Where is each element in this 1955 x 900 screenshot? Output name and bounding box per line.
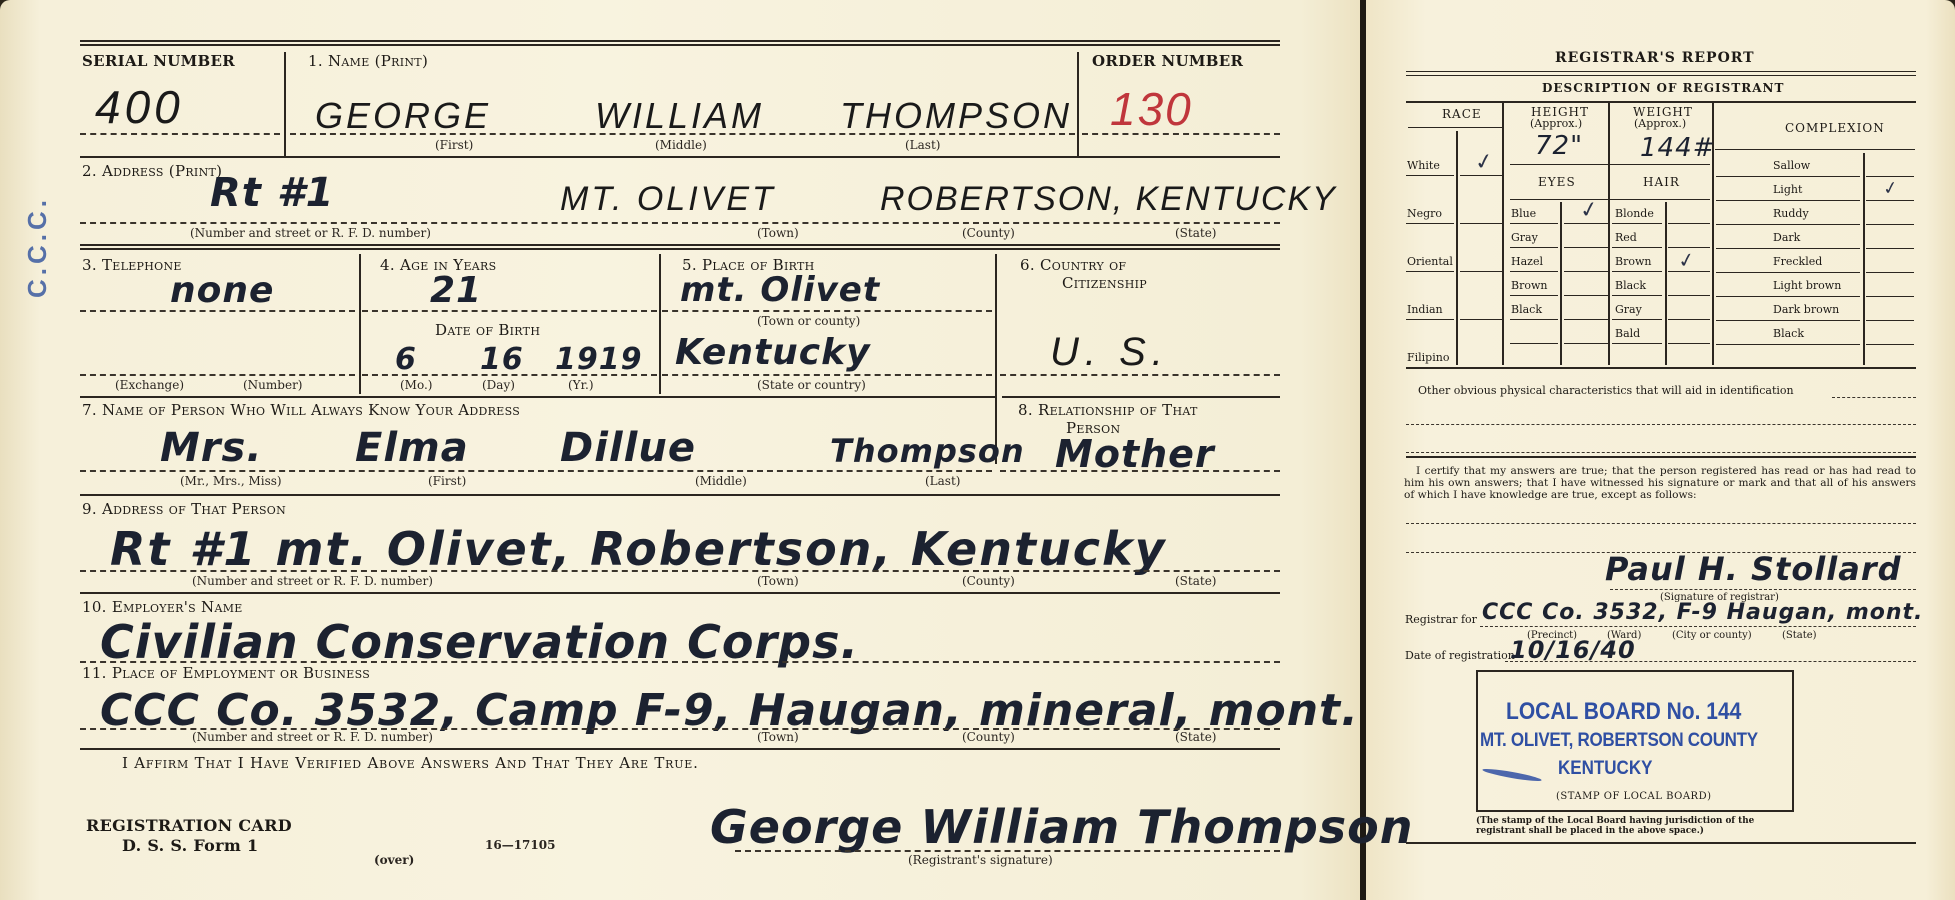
race-option-white: White <box>1407 159 1440 172</box>
stamp-line-1: LOCAL BOARD No. 144 <box>1506 698 1741 726</box>
registrar-signature: Paul H. Stollard <box>1605 550 1902 588</box>
complexion-check-rule <box>1866 320 1914 321</box>
employer-line <box>80 661 1280 663</box>
order-number-label: ORDER NUMBER <box>1092 52 1243 70</box>
caption-contact-first: (First) <box>428 474 466 488</box>
dob-line <box>362 374 657 376</box>
place-of-birth-line-2 <box>662 374 992 376</box>
stamp-note: (The stamp of the Local Board having jur… <box>1476 816 1806 836</box>
hair-rule <box>1612 223 1662 224</box>
eyes-option-hazel: Hazel <box>1511 255 1543 268</box>
date-of-registration-label: Date of registration <box>1405 649 1515 662</box>
complexion-option-sallow: Sallow <box>1773 159 1810 172</box>
complexion-option-dark: Dark <box>1773 231 1800 244</box>
contact-line <box>80 470 992 472</box>
caption-middle: (Middle) <box>655 138 707 152</box>
eyes-check-rule <box>1564 343 1608 344</box>
serial-number-line <box>80 133 280 135</box>
citizenship-line <box>1000 374 1280 376</box>
caption-year: (Yr.) <box>568 378 594 392</box>
race-check-rule <box>1460 319 1502 320</box>
hair-check-rule <box>1668 343 1710 344</box>
telephone-line-2 <box>80 374 355 376</box>
height-sub: (Approx.) <box>1530 117 1582 130</box>
complexion-check-rule <box>1866 344 1914 345</box>
relationship-line <box>1000 470 1280 472</box>
other-characteristics-label: Other obvious physical characteristics t… <box>1418 384 1794 397</box>
hair-check-divider <box>1665 202 1667 365</box>
caption-contact-street: (Number and street or R. F. D. number) <box>192 574 433 588</box>
hair-check-rule <box>1668 319 1710 320</box>
race-rule <box>1406 175 1454 176</box>
race-option-filipino: Filipino <box>1407 351 1449 364</box>
registrar-for-value: CCC Co. 3532, F-9 Haugan, mont. <box>1482 600 1923 625</box>
hair-option-gray: Gray <box>1615 303 1642 316</box>
form-id: D. S. S. Form 1 <box>122 836 258 855</box>
race-option-oriental: Oriental <box>1407 255 1453 268</box>
contact-address-value: Rt #1 mt. Olivet, Robertson, Kentucky <box>110 522 1167 576</box>
address-line <box>80 222 1280 224</box>
serial-number-value: 400 <box>95 80 184 134</box>
race-check-divider <box>1456 131 1458 365</box>
caption-title: (Mr., Mrs., Miss) <box>180 474 282 488</box>
caption-last: (Last) <box>905 138 940 152</box>
age-line <box>362 310 657 312</box>
name-last: THOMPSON <box>840 95 1072 137</box>
serial-divider <box>284 52 286 156</box>
certification-rule <box>1406 456 1916 458</box>
place-of-employment-label: 11. Place of Employment or Business <box>82 664 370 682</box>
description-rule <box>1406 101 1916 103</box>
complexion-check-rule <box>1866 296 1914 297</box>
name-middle: WILLIAM <box>595 95 764 137</box>
race-option-indian: Indian <box>1407 303 1443 316</box>
eyes-check-divider <box>1560 202 1562 365</box>
registrar-for-line <box>1480 626 1916 627</box>
order-number-value: 130 <box>1110 82 1193 136</box>
certification-text: I certify that my answers are true; that… <box>1404 465 1916 501</box>
caption-contact-middle: (Middle) <box>695 474 747 488</box>
registrar-for-label: Registrar for <box>1405 613 1477 626</box>
stamp-line-3: KENTUCKY <box>1558 757 1652 780</box>
registrars-report-title: REGISTRAR'S REPORT <box>1555 50 1755 66</box>
hair-header-rule <box>1610 199 1710 200</box>
caption-address-street: (Number and street or R. F. D. number) <box>190 226 431 240</box>
race-header: RACE <box>1442 107 1482 121</box>
eyes-rule <box>1510 271 1558 272</box>
contact-last: Thompson <box>830 432 1025 470</box>
caption-employment-county: (County) <box>962 730 1015 744</box>
order-number-line <box>1082 133 1280 135</box>
height-rule <box>1510 164 1608 165</box>
citizenship-label-1: 6. Country of <box>1020 256 1126 274</box>
hair-rule <box>1612 271 1662 272</box>
dob-day: 16 <box>480 342 524 377</box>
eyes-check-rule <box>1564 319 1608 320</box>
serial-number-label: SERIAL NUMBER <box>82 52 235 70</box>
certification-line-1 <box>1406 523 1916 524</box>
hair-check-rule <box>1668 295 1710 296</box>
rule-row4 <box>80 494 1280 496</box>
name-line <box>290 133 1075 135</box>
name-first: GEORGE <box>315 95 491 137</box>
complexion-rule <box>1716 296 1860 297</box>
race-check-rule <box>1460 223 1502 224</box>
contact-address-label: 9. Address of That Person <box>82 500 286 518</box>
other-characteristics-line-3 <box>1406 452 1916 453</box>
place-of-birth-town: mt. Olivet <box>680 270 880 310</box>
date-of-registration-value: 10/16/40 <box>1510 636 1636 664</box>
eyes-option-blue: Blue <box>1511 207 1536 220</box>
complexion-option-black: Black <box>1773 327 1804 340</box>
hair-option-black: Black <box>1615 279 1646 292</box>
race-rule <box>1406 271 1454 272</box>
caption-signature: (Registrant's signature) <box>908 853 1053 867</box>
complexion-rule <box>1716 320 1860 321</box>
race-option-negro: Negro <box>1407 207 1442 220</box>
hair-rule <box>1612 343 1662 344</box>
complexion-rule <box>1716 200 1860 201</box>
dob-year: 1919 <box>555 342 643 377</box>
dob-month: 6 <box>395 342 417 377</box>
weight-rule <box>1610 164 1710 165</box>
caption-contact-state: (State) <box>1175 574 1216 588</box>
caption-contact-town: (Town) <box>757 574 799 588</box>
complexion-option-ruddy: Ruddy <box>1773 207 1809 220</box>
caption-month: (Mo.) <box>400 378 432 392</box>
telephone-label: 3. Telephone <box>82 256 182 274</box>
weight-value: 144# <box>1640 133 1715 163</box>
form-title: REGISTRATION CARD <box>86 816 292 835</box>
caption-town-or-county: (Town or county) <box>757 314 860 328</box>
complexion-check-rule <box>1866 224 1914 225</box>
dob-label: Date of Birth <box>435 321 540 339</box>
complexion-check-rule <box>1866 200 1914 201</box>
tel-age-divider <box>359 254 361 394</box>
complexion-rule <box>1716 224 1860 225</box>
race-rule <box>1406 319 1454 320</box>
eyes-rule <box>1510 343 1558 344</box>
place-of-birth-line <box>662 310 992 312</box>
eyes-rule <box>1510 319 1558 320</box>
order-divider <box>1077 52 1079 156</box>
caption-state-or-country: (State or country) <box>757 378 866 392</box>
race-rule <box>1406 223 1454 224</box>
height-divider <box>1608 103 1610 365</box>
other-characteristics-line-1 <box>1832 397 1916 398</box>
hair-option-red: Red <box>1615 231 1637 244</box>
top-double-rule <box>80 40 1280 46</box>
hair-option-brown: Brown <box>1615 255 1651 268</box>
table-bottom-rule <box>1406 367 1916 369</box>
citizenship-value: U. S. <box>1050 330 1169 375</box>
hair-header: HAIR <box>1643 175 1680 189</box>
complexion-header-rule <box>1715 149 1915 150</box>
eyes-rule <box>1510 247 1558 248</box>
caption-address-state: (State) <box>1175 226 1216 240</box>
hair-rule <box>1612 319 1662 320</box>
contact-title: Mrs. <box>160 425 263 471</box>
report-double-rule <box>1406 71 1916 76</box>
complexion-check-rule <box>1866 248 1914 249</box>
contact-person-label: 7. Name of Person Who Will Always Know Y… <box>82 401 520 419</box>
complexion-header: COMPLEXION <box>1785 121 1885 135</box>
rule-row6 <box>80 748 1280 750</box>
complexion-option-light-brown: Light brown <box>1773 279 1841 292</box>
telephone-value: none <box>170 270 274 311</box>
address-county-state: ROBERTSON, KENTUCKY <box>880 180 1337 219</box>
eyes-rule <box>1510 295 1558 296</box>
eyes-check-rule <box>1564 247 1608 248</box>
complexion-option-light: Light <box>1773 183 1802 196</box>
eyes-check-rule <box>1564 271 1608 272</box>
caption-first: (First) <box>435 138 473 152</box>
description-subtitle: DESCRIPTION OF REGISTRANT <box>1542 81 1784 95</box>
name-label: 1. Name (Print) <box>308 52 428 70</box>
caption-contact-county: (County) <box>962 574 1015 588</box>
caption-employment-street: (Number and street or R. F. D. number) <box>192 730 433 744</box>
hair-check-rule <box>1668 223 1710 224</box>
citizenship-label-2: Citizenship <box>1062 274 1147 292</box>
rule-row1 <box>80 156 1280 158</box>
complexion-rule <box>1716 248 1860 249</box>
rule-row5 <box>80 592 1280 594</box>
race-divider <box>1502 103 1504 365</box>
address-label: 2. Address (Print) <box>82 162 222 180</box>
caption-contact-last: (Last) <box>925 474 960 488</box>
place-of-birth-state: Kentucky <box>675 332 871 373</box>
complexion-check-rule <box>1866 272 1914 273</box>
complexion-rule <box>1716 176 1860 177</box>
caption-city-or-county: (City or county) <box>1672 630 1752 641</box>
age-birth-divider <box>659 254 661 394</box>
hair-option-bald: Bald <box>1615 327 1640 340</box>
eyes-check-rule <box>1564 295 1608 296</box>
height-value: 72" <box>1535 131 1583 161</box>
eyes-option-black: Black <box>1511 303 1542 316</box>
race-header-rule <box>1408 127 1502 128</box>
registrant-signature: George William Thompson <box>710 800 1414 854</box>
caption-address-town: (Town) <box>757 226 799 240</box>
complexion-option-dark-brown: Dark brown <box>1773 303 1839 316</box>
hair-rule <box>1612 295 1662 296</box>
stamp-line-2: MT. OLIVET, ROBERTSON COUNTY <box>1480 729 1758 752</box>
complexion-rule <box>1716 344 1860 345</box>
relationship-label-1: 8. Relationship of That <box>1018 401 1198 419</box>
rule-row3-right <box>1002 396 1280 398</box>
stamp-caption: (STAMP OF LOCAL BOARD) <box>1556 791 1712 802</box>
rule-row2 <box>80 244 1280 250</box>
eyes-option-gray: Gray <box>1511 231 1538 244</box>
complexion-rule <box>1716 272 1860 273</box>
telephone-line <box>80 310 355 312</box>
date-of-registration-line <box>1505 661 1916 662</box>
caption-exchange: (Exchange) <box>115 378 184 392</box>
registrar-signature-line <box>1610 589 1916 590</box>
address-town: MT. OLIVET <box>560 180 776 219</box>
contact-middle: Dillue <box>560 425 696 471</box>
hair-option-blonde: Blonde <box>1615 207 1654 220</box>
caption-registrar-state: (State) <box>1782 630 1817 641</box>
age-value: 21 <box>430 270 482 311</box>
over-note: (over) <box>374 853 414 867</box>
complexion-option-freckled: Freckled <box>1773 255 1822 268</box>
ccc-side-stamp: C.C.C. <box>22 196 53 298</box>
print-code: 16—17105 <box>485 838 555 852</box>
caption-employment-state: (State) <box>1175 730 1216 744</box>
hair-rule <box>1612 247 1662 248</box>
caption-number: (Number) <box>243 378 303 392</box>
weight-sub: (Approx.) <box>1634 117 1686 130</box>
signature-line <box>735 850 1280 852</box>
address-street: Rt #1 <box>210 170 335 216</box>
eyes-option-brown: Brown <box>1511 279 1547 292</box>
complexion-check-divider <box>1863 153 1865 365</box>
rule-row3 <box>80 396 995 398</box>
eyes-rule <box>1510 223 1558 224</box>
employer-label: 10. Employer's Name <box>82 598 243 616</box>
caption-day: (Day) <box>482 378 515 392</box>
race-check-rule <box>1460 271 1502 272</box>
caption-employment-town: (Town) <box>757 730 799 744</box>
contact-first: Elma <box>355 425 469 471</box>
caption-address-county: (County) <box>962 226 1015 240</box>
eyes-header: EYES <box>1538 175 1576 189</box>
report-bottom-rule <box>1406 842 1916 844</box>
contact-address-line <box>80 570 1280 572</box>
affirmation-text: I Affirm That I Have Verified Above Answ… <box>122 754 699 772</box>
other-characteristics-line-2 <box>1406 424 1916 425</box>
